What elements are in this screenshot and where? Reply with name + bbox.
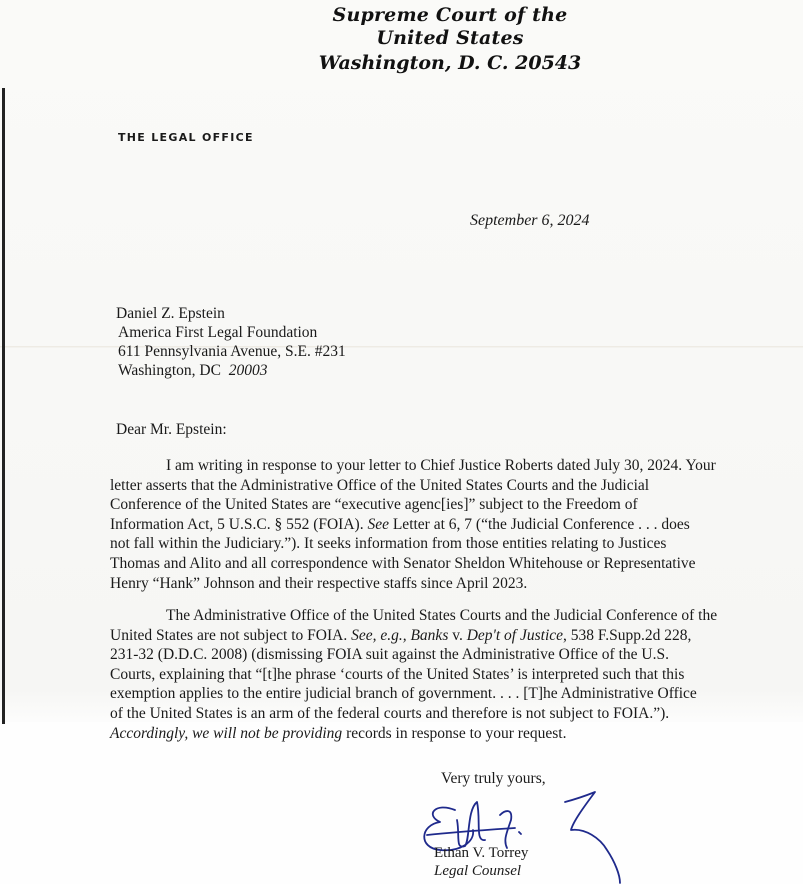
signer-name: Ethan V. Torrey [434, 844, 528, 862]
paragraph-line: not fall within the Judiciary.”). It see… [110, 534, 750, 554]
recipient-city-line: Washington, DC 20003 [116, 361, 346, 380]
paragraph-line: Thomas and Alito and all correspondence … [110, 554, 750, 574]
body-paragraph-2: The Administrative Office of the United … [110, 606, 750, 743]
salutation: Dear Mr. Epstein: [116, 421, 227, 439]
paragraph-line: The Administrative Office of the United … [110, 606, 750, 626]
body-paragraph-1: I am writing in response to your letter … [110, 456, 750, 593]
paragraph-line: Henry “Hank” Johnson and their respectiv… [110, 574, 750, 594]
office-heading: THE LEGAL OFFICE [118, 131, 254, 144]
recipient-zip: 20003 [229, 362, 268, 379]
paragraph-line: Accordingly, we will not be providing re… [110, 724, 750, 744]
recipient-name: Daniel Z. Epstein [116, 304, 346, 323]
recipient-address: Daniel Z. Epstein America First Legal Fo… [116, 304, 346, 380]
recipient-organization: America First Legal Foundation [116, 323, 346, 342]
italic-citation: See, e.g., Banks [351, 627, 448, 644]
letterhead: Supreme Court of the United States Washi… [300, 4, 600, 74]
paragraph-line: Courts, explaining that “[t]he phrase ‘c… [110, 665, 750, 685]
italic-citation: Accordingly, we will not be providing [110, 725, 342, 742]
paragraph-line: 231-32 (D.D.C. 2008) (dismissing FOIA su… [110, 645, 750, 665]
paragraph-line: letter asserts that the Administrative O… [110, 476, 750, 496]
recipient-city: Washington, DC [118, 362, 221, 379]
italic-citation: Dep't of Justice [467, 627, 563, 644]
letter-date: September 6, 2024 [470, 212, 590, 230]
recipient-street: 611 Pennsylvania Avenue, S.E. #231 [116, 342, 346, 361]
letterhead-court-name: Supreme Court of the United States [300, 4, 600, 50]
signer-block: Ethan V. Torrey Legal Counsel [434, 844, 528, 880]
lower-paper-section [0, 722, 803, 884]
paper-edge-shadow [2, 88, 5, 724]
paragraph-line: United States are not subject to FOIA. S… [110, 626, 750, 646]
letter-page: Supreme Court of the United States Washi… [0, 0, 803, 884]
paragraph-line: of the United States is an arm of the fe… [110, 704, 750, 724]
paragraph-line: Conference of the United States are “exe… [110, 495, 750, 515]
signer-title: Legal Counsel [434, 862, 528, 880]
italic-citation: See [367, 516, 389, 533]
paragraph-line: Information Act, 5 U.S.C. § 552 (FOIA). … [110, 515, 750, 535]
paragraph-line: I am writing in response to your letter … [110, 456, 750, 476]
paragraph-line: exemption applies to the entire judicial… [110, 684, 750, 704]
letterhead-address: Washington, D. C. 20543 [300, 52, 600, 75]
